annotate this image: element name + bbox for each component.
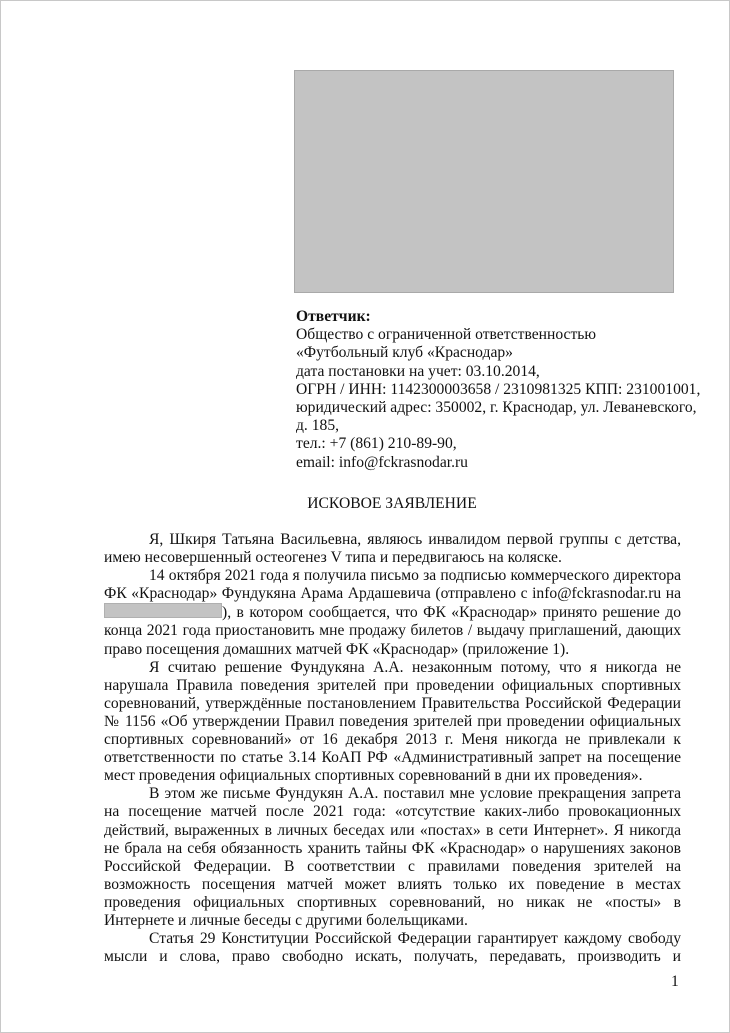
page-number: 1	[671, 973, 679, 991]
respondent-registration-date: дата постановки на учет: 03.10.2014,	[296, 363, 686, 381]
respondent-phone: тел.: +7 (861) 210-89-90,	[296, 435, 686, 453]
paragraph-3: Я считаю решение Фундукяна А.А. незаконн…	[104, 659, 681, 786]
paragraph-2: 14 октября 2021 года я получила письмо з…	[104, 567, 681, 658]
document-body: Я, Шкиря Татьяна Васильевна, являюсь инв…	[104, 531, 681, 966]
paragraph-5: Статья 29 Конституции Российской Федерац…	[104, 930, 681, 966]
respondent-address-building: д. 185,	[296, 417, 686, 435]
paragraph-1: Я, Шкиря Татьяна Васильевна, являюсь инв…	[104, 531, 681, 567]
paragraph-4: В этом же письме Фундукян А.А. поставил …	[104, 785, 681, 930]
respondent-label: Ответчик:	[296, 308, 686, 326]
paragraph-2-text-start: 14 октября 2021 года я получила письмо з…	[104, 567, 681, 602]
respondent-ids: ОГРН / ИНН: 1142300003658 / 2310981325 К…	[296, 381, 686, 399]
respondent-company-type: Общество с ограниченной ответственностью	[296, 326, 686, 344]
respondent-company-name: «Футбольный клуб «Краснодар»	[296, 344, 686, 362]
respondent-block: Ответчик: Общество с ограниченной ответс…	[296, 308, 686, 472]
redacted-email	[104, 603, 222, 618]
document-title: ИСКОВОЕ ЗАЯВЛЕНИЕ	[104, 495, 680, 513]
respondent-address: юридический адрес: 350002, г. Краснодар,…	[296, 399, 686, 417]
redacted-plaintiff-block	[294, 70, 674, 293]
document-page: Ответчик: Общество с ограниченной ответс…	[0, 0, 730, 1033]
respondent-email: email: info@fckrasnodar.ru	[296, 454, 686, 472]
